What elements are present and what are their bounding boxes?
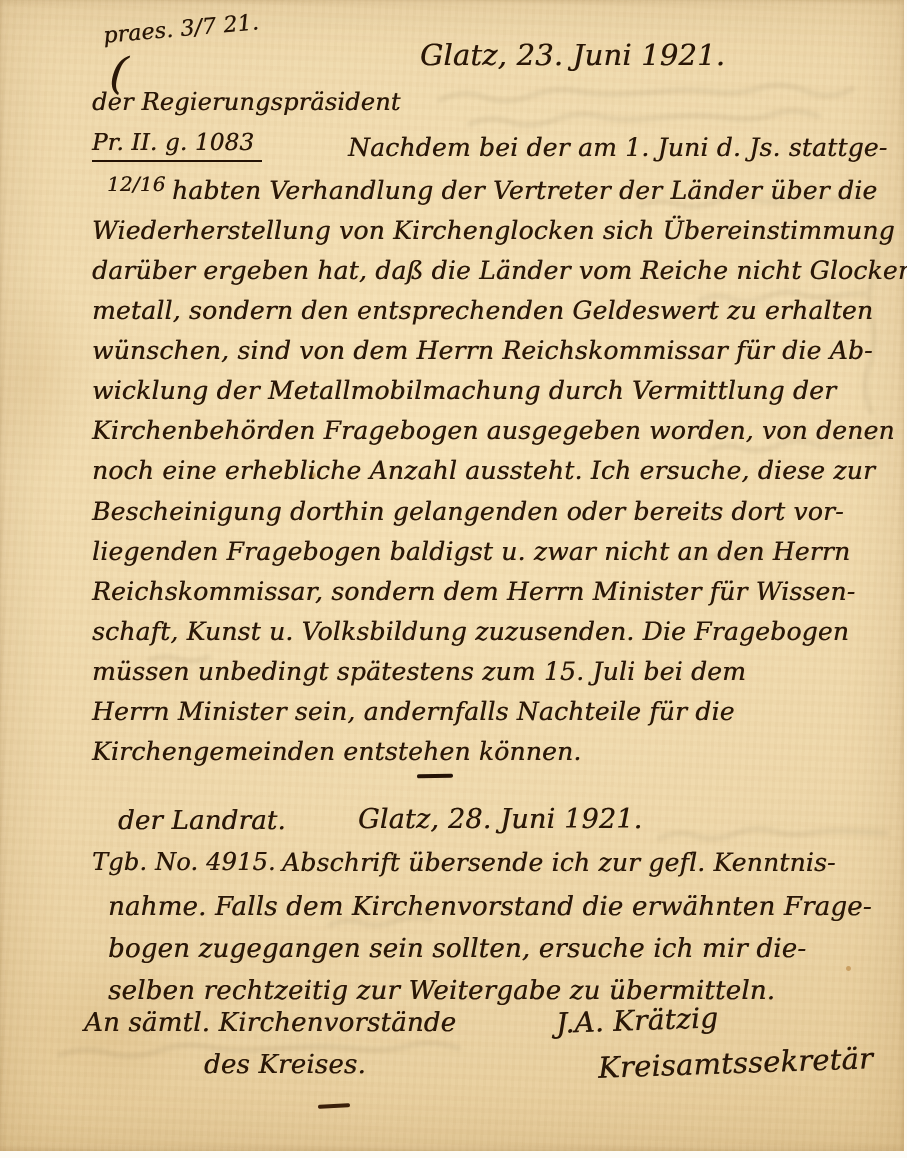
scanned-letter-page: praes. 3/7 21. ( Glatz, 23. Juni 1921. d… xyxy=(0,0,907,1158)
second-line: nahme. Falls dem Kirchenvorstand die erw… xyxy=(108,892,872,922)
body-line: schaft, Kunst u. Volksbildung zuzusenden… xyxy=(92,617,849,646)
letter-place-date: Glatz, 23. Juni 1921. xyxy=(420,38,725,72)
body-opening-line: Nachdem bei der am 1. Juni d. Js. stattg… xyxy=(348,133,887,162)
body-line: Bescheinigung dorthin gelangenden oder b… xyxy=(92,497,844,526)
signature: J.A. Krätzig xyxy=(555,1001,718,1040)
body-line: darüber ergeben hat, daß die Länder vom … xyxy=(92,256,907,285)
body-line: Reichskommissar, sondern dem Herrn Minis… xyxy=(92,577,855,606)
body-line: Kirchengemeinden entstehen können. xyxy=(92,737,581,766)
file-number-sub: 12/16 xyxy=(107,172,166,196)
section-divider-stroke xyxy=(417,774,453,778)
body-line: noch eine erhebliche Anzahl aussteht. Ic… xyxy=(92,456,875,485)
file-number: Pr. II. g. 1083 xyxy=(92,130,262,162)
body-line: müssen unbedingt spätestens zum 15. Juli… xyxy=(92,657,746,686)
second-line: selben rechtzeitig zur Weitergabe zu übe… xyxy=(108,976,775,1006)
body-line: Kirchenbehörden Fragebogen ausgegeben wo… xyxy=(92,416,895,445)
body-line: habten Verhandlung der Vertreter der Län… xyxy=(172,176,877,205)
recipient-line: des Kreises. xyxy=(204,1050,366,1080)
body-line: Herrn Minister sein, andernfalls Nachtei… xyxy=(92,697,735,726)
recipient-line: An sämtl. Kirchenvorstände xyxy=(84,1008,456,1038)
body-line: wicklung der Metallmobilmachung durch Ve… xyxy=(92,376,836,405)
second-place-date: Glatz, 28. Juni 1921. xyxy=(358,804,642,835)
body-line: Wiederherstellung von Kirchenglocken sic… xyxy=(92,216,895,245)
body-line: wünschen, sind von dem Herrn Reichskommi… xyxy=(92,336,873,365)
letter-sender: der Regierungspräsident xyxy=(92,88,401,116)
second-sender: der Landrat. xyxy=(118,806,286,836)
body-line: metall, sondern den entsprechenden Gelde… xyxy=(92,296,873,325)
body-line: liegenden Fragebogen baldigst u. zwar ni… xyxy=(92,537,850,566)
second-line: bogen zugegangen sein sollten, ersuche i… xyxy=(108,934,806,964)
journal-number: Tgb. No. 4915. xyxy=(92,848,276,876)
second-opening-line: Abschrift übersende ich zur gefl. Kenntn… xyxy=(282,848,836,877)
